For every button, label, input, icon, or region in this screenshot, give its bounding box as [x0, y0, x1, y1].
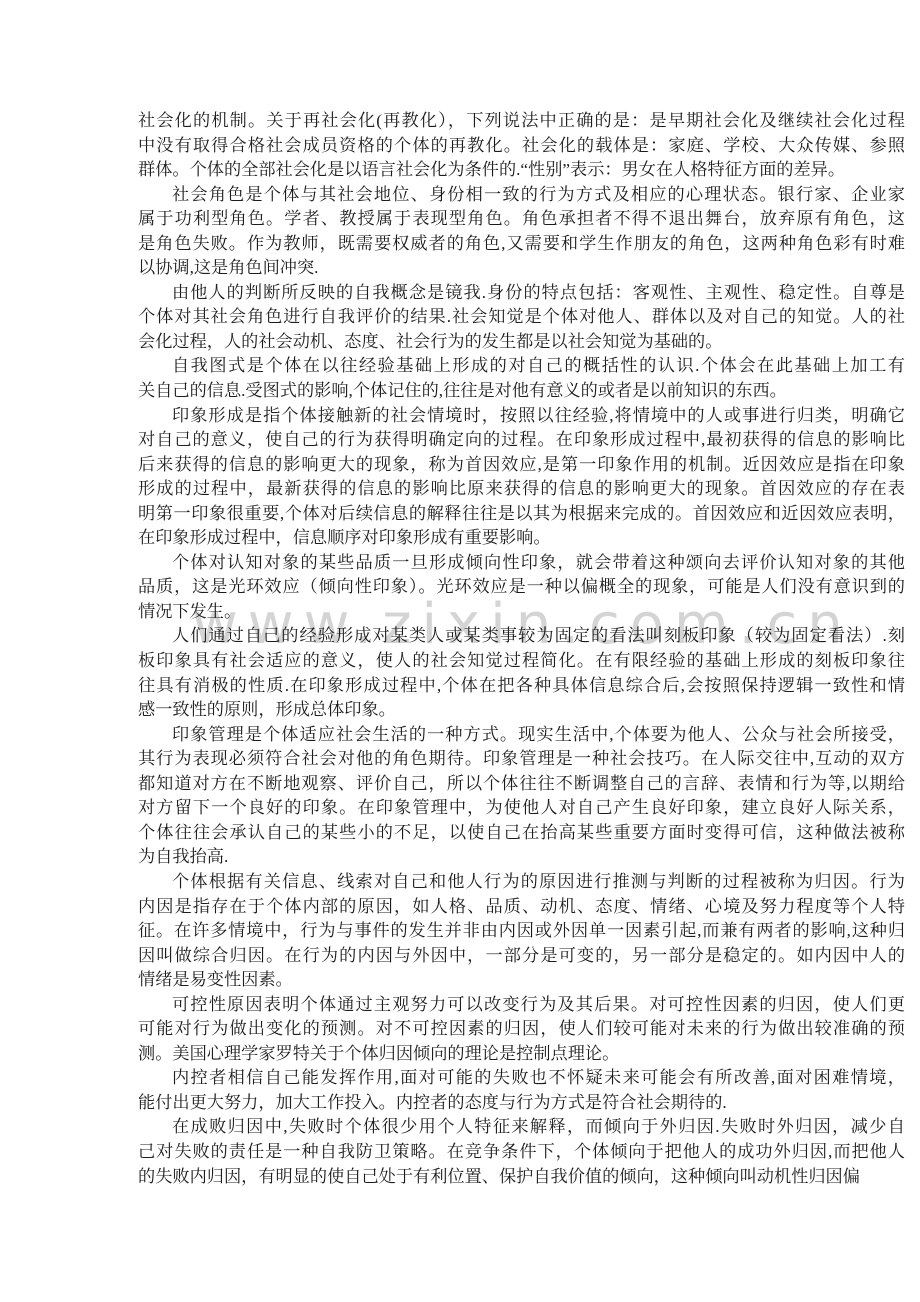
- text-line: 征。在许多情境中，行为与事件的发生并非由内因或外因单一因素引起,而兼有两者的影响…: [138, 919, 905, 944]
- text-line: 个体往往会承认自己的某些小的不足，以使自己在抬高某些重要方面时变得可信，这种做法…: [138, 821, 905, 846]
- text-line: 在印象形成过程中，信息顺序对印象形成有重要影响。: [138, 526, 905, 551]
- text-line: 印象形成是指个体接触新的社会情境时，按照以往经验,将情境中的人或事进行归类，明确…: [138, 404, 905, 429]
- text-line: 对方留下一个良好的印象。在印象管理中，为使他人对自己产生良好印象，建立良好人际关…: [138, 796, 905, 821]
- text-line: 其行为表现必须符合社会对他的角色期待。印象管理是一种社会技巧。在人际交往中,互动…: [138, 747, 905, 772]
- text-line: 后来获得的信息的影响更大的现象，称为首因效应,是第一印象作用的机制。近因效应是指…: [138, 453, 905, 478]
- text-line: 中没有取得合格社会成员资格的个体的再教化。社会化的载体是：家庭、学校、大众传媒、…: [138, 134, 905, 159]
- text-line: 群体。个体的全部社会化是以语言社会化为条件的.“性别”表示：男女在人格特征方面的…: [138, 158, 905, 183]
- paragraph: 个体根据有关信息、线索对自己和他人行为的原因进行推测与判断的过程被称为归因。行为…: [138, 870, 905, 993]
- text-line: 会化过程，人的社会动机、态度、社会行为的发生都是以社会知觉为基础的。: [138, 330, 905, 355]
- text-line: 个体根据有关信息、线索对自己和他人行为的原因进行推测与判断的过程被称为归因。行为: [138, 870, 905, 895]
- paragraph: 印象管理是个体适应社会生活的一种方式。现实生活中,个体要为他人、公众与社会所接受…: [138, 723, 905, 870]
- text-line: 品质，这是光环效应（倾向性印象）。光环效应是一种以偏概全的现象，可能是人们没有意…: [138, 575, 905, 600]
- text-line: 的失败内归因，有明显的使自己处于有利位置、保护自我价值的倾向，这种倾向叫动机性归…: [138, 1165, 905, 1190]
- paragraph: 自我图式是个体在以往经验基础上形成的对自己的概括性的认识.个体会在此基础上加工有…: [138, 354, 905, 403]
- text-line: 关自己的信息.受图式的影响,个体记住的,往往是对他有意义的或者是以前知识的东西。: [138, 379, 905, 404]
- text-line: 情况下发生。: [138, 600, 905, 625]
- paragraph: 由他人的判断所反映的自我概念是镜我.身份的特点包括：客观性、主观性、稳定性。自尊…: [138, 281, 905, 355]
- paragraph: 社会化的机制。关于再社会化(再教化），下列说法中正确的是：是早期社会化及继续社会…: [138, 109, 905, 183]
- text-line: 能付出更大努力，加大工作投入。内控者的态度与行为方式是符合社会期待的.: [138, 1091, 905, 1116]
- text-line: 个体对其社会角色进行自我评价的结果.社会知觉是个体对他人、群体以及对自己的知觉。…: [138, 305, 905, 330]
- paragraph: 社会角色是个体与其社会地位、身份相一致的行为方式及相应的心理状态。银行家、企业家…: [138, 183, 905, 281]
- text-line: 为自我抬高.: [138, 845, 905, 870]
- text-line: 情绪是易变性因素。: [138, 968, 905, 993]
- text-line: 可控性原因表明个体通过主观努力可以改变行为及其后果。对可控性因素的归因，使人们更: [138, 993, 905, 1018]
- text-line: 个体对认知对象的某些品质一旦形成倾向性印象，就会带着这种颂向去评价认知对象的其他: [138, 551, 905, 576]
- paragraph: 人们通过自己的经验形成对某类人或某类事较为固定的看法叫刻板印象（较为固定看法）.…: [138, 624, 905, 722]
- paragraph: 个体对认知对象的某些品质一旦形成倾向性印象，就会带着这种颂向去评价认知对象的其他…: [138, 551, 905, 625]
- text-line: 内因是指存在于个体内部的原因，如人格、品质、动机、态度、情绪、心境及努力程度等个…: [138, 895, 905, 920]
- text-line: 板印象具有社会适应的意义，使人的社会知觉过程简化。在有限经验的基础上形成的刻板印…: [138, 649, 905, 674]
- text-line: 由他人的判断所反映的自我概念是镜我.身份的特点包括：客观性、主观性、稳定性。自尊…: [138, 281, 905, 306]
- paragraph: 在成败归因中,失败时个体很少用个人特征来解释，而倾向于外归因.失败时外归因，减少…: [138, 1115, 905, 1189]
- text-line: 可能对行为做出变化的预测。对不可控因素的归因，使人们较可能对未来的行为做出较准确…: [138, 1017, 905, 1042]
- text-line: 测。美国心理学家罗特关于个体归因倾向的理论是控制点理论。: [138, 1042, 905, 1067]
- text-line: 往具有消极的性质.在印象形成过程中,个体在把各种具体信息综合后,会按照保持逻辑一…: [138, 674, 905, 699]
- text-line: 感一致性的原则，形成总体印象。: [138, 698, 905, 723]
- text-line: 社会化的机制。关于再社会化(再教化），下列说法中正确的是：是早期社会化及继续社会…: [138, 109, 905, 134]
- text-line: 在成败归因中,失败时个体很少用个人特征来解释，而倾向于外归因.失败时外归因，减少…: [138, 1115, 905, 1140]
- document-body: 社会化的机制。关于再社会化(再教化），下列说法中正确的是：是早期社会化及继续社会…: [138, 109, 905, 1189]
- paragraph: 可控性原因表明个体通过主观努力可以改变行为及其后果。对可控性因素的归因，使人们更…: [138, 993, 905, 1067]
- text-line: 都知道对方在不断地观察、评价自己，所以个体往往不断调整自己的言辞、表情和行为等,…: [138, 772, 905, 797]
- paragraph: 印象形成是指个体接触新的社会情境时，按照以往经验,将情境中的人或事进行归类，明确…: [138, 404, 905, 551]
- document-page: www.zixin.com.cn 社会化的机制。关于再社会化(再教化），下列说法…: [0, 0, 920, 1302]
- text-line: 因叫做综合归因。在行为的内因与外因中，一部分是可变的，另一部分是稳定的。如内因中…: [138, 944, 905, 969]
- text-line: 内控者相信自己能发挥作用,面对可能的失败也不怀疑未来可能会有所改善,面对困难情境…: [138, 1066, 905, 1091]
- text-line: 形成的过程中，最新获得的信息的影响比原来获得的信息的影响更大的现象。首因效应的存…: [138, 477, 905, 502]
- text-line: 自我图式是个体在以往经验基础上形成的对自己的概括性的认识.个体会在此基础上加工有: [138, 354, 905, 379]
- text-line: 人们通过自己的经验形成对某类人或某类事较为固定的看法叫刻板印象（较为固定看法）.…: [138, 624, 905, 649]
- text-line: 以协调,这是角色间冲突.: [138, 256, 905, 281]
- text-line: 是角色失败。作为教师，既需要权威者的角色,又需要和学生作朋友的角色，这两种角色彩…: [138, 232, 905, 257]
- text-line: 印象管理是个体适应社会生活的一种方式。现实生活中,个体要为他人、公众与社会所接受…: [138, 723, 905, 748]
- text-line: 社会角色是个体与其社会地位、身份相一致的行为方式及相应的心理状态。银行家、企业家: [138, 183, 905, 208]
- text-line: 己对失败的责任是一种自我防卫策略。在竞争条件下，个体倾向于把他人的成功外归因,而…: [138, 1140, 905, 1165]
- paragraph: 内控者相信自己能发挥作用,面对可能的失败也不怀疑未来可能会有所改善,面对困难情境…: [138, 1066, 905, 1115]
- text-line: 对自己的意义，使自己的行为获得明确定向的过程。在印象形成过程中,最初获得的信息的…: [138, 428, 905, 453]
- text-line: 属于功利型角色。学者、教授属于表现型角色。角色承担者不得不退出舞台，放弃原有角色…: [138, 207, 905, 232]
- text-line: 明第一印象很重要,个体对后续信息的解释往往是以其为根据来完成的。首因效应和近因效…: [138, 502, 905, 527]
